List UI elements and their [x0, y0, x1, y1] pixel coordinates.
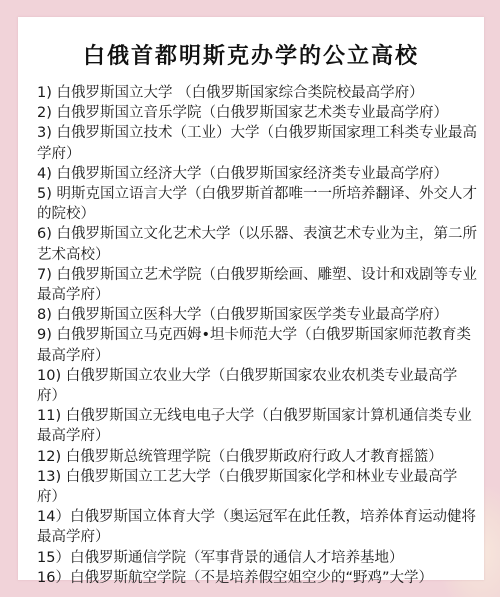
list-item: 10) 白俄罗斯国立农业大学（白俄罗斯国家农业农机类专业最高学府）: [37, 366, 477, 406]
list-item: 14）白俄罗斯国立体育大学（奥运冠军在此任教，培养体育运动健将最高学府）: [37, 507, 477, 547]
university-list: 1) 白俄罗斯国立大学 （白俄罗斯国家综合类院校最高学府） 2) 白俄罗斯国立音…: [37, 83, 477, 588]
list-item: 12) 白俄罗斯总统管理学院（白俄罗斯政府行政人才教育摇篮）: [37, 447, 477, 467]
list-item: 5) 明斯克国立语言大学（白俄罗斯首都唯一一所培养翻译、外交人才的院校）: [37, 184, 477, 224]
list-item: 7) 白俄罗斯国立艺术学院（白俄罗斯绘画、雕塑、设计和戏剧等专业最高学府）: [37, 265, 477, 305]
list-item: 11) 白俄罗斯国立无线电电子大学（白俄罗斯国家计算机通信类专业最高学府）: [37, 406, 477, 446]
list-item: 4) 白俄罗斯国立经济大学（白俄罗斯国家经济类专业最高学府）: [37, 164, 477, 184]
list-item: 9) 白俄罗斯国立马克西姆•坦卡师范大学（白俄罗斯国家师范教育类最高学府）: [37, 325, 477, 365]
list-item: 15）白俄罗斯通信学院（军事背景的通信人才培养基地）: [37, 548, 477, 568]
list-item: 1) 白俄罗斯国立大学 （白俄罗斯国家综合类院校最高学府）: [37, 83, 477, 103]
list-item: 3) 白俄罗斯国立技术（工业）大学（白俄罗斯国家理工科类专业最高学府）: [37, 123, 477, 163]
list-item: 6) 白俄罗斯国立文化艺术大学（以乐器、表演艺术专业为主，第二所艺术高校）: [37, 224, 477, 264]
list-item: 16）白俄罗斯航空学院（不是培养假空姐空少的“野鸡”大学）: [37, 568, 477, 588]
list-item: 8) 白俄罗斯国立医科大学（白俄罗斯国家医学类专业最高学府）: [37, 305, 477, 325]
list-item: 13) 白俄罗斯国立工艺大学（白俄罗斯国家化学和林业专业最高学府）: [37, 467, 477, 507]
document-card: 白俄首都明斯克办学的公立高校 1) 白俄罗斯国立大学 （白俄罗斯国家综合类院校最…: [18, 17, 484, 580]
page-title: 白俄首都明斯克办学的公立高校: [18, 39, 484, 70]
list-item: 2) 白俄罗斯国立音乐学院（白俄罗斯国家艺术类专业最高学府）: [37, 103, 477, 123]
